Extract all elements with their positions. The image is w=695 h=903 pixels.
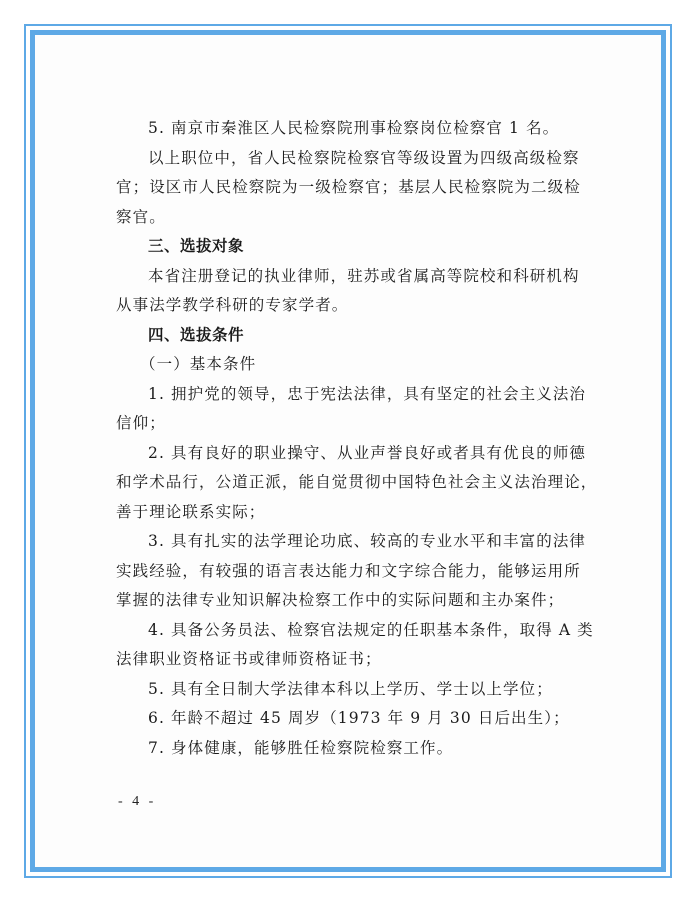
paragraph-selection-targets: 本省注册登记的执业律师，驻苏或省属高等院校和科研机构 bbox=[116, 262, 590, 292]
paragraph-rank-settings-cont-1: 官；设区市人民检察院为一级检察官；基层人民检察院为二级检 bbox=[116, 173, 590, 203]
list-item-position-5: 5. 南京市秦淮区人民检察院刑事检察岗位检察官 1 名。 bbox=[116, 114, 590, 144]
condition-item-1: 1. 拥护党的领导，忠于宪法法律，具有坚定的社会主义法治 bbox=[116, 380, 590, 410]
page-number: - 4 - bbox=[118, 794, 156, 810]
condition-item-3-cont-2: 掌握的法律专业知识解决检察工作中的实际问题和主办案件； bbox=[116, 586, 590, 616]
condition-item-3: 3. 具有扎实的法学理论功底、较高的专业水平和丰富的法律 bbox=[116, 527, 590, 557]
paragraph-selection-targets-cont: 从事法学教学科研的专家学者。 bbox=[116, 291, 590, 321]
section-heading-selection-conditions: 四、选拔条件 bbox=[116, 321, 590, 351]
condition-item-2: 2. 具有良好的职业操守、从业声誉良好或者具有优良的师德 bbox=[116, 439, 590, 469]
subsection-heading-basic-conditions: （一）基本条件 bbox=[116, 350, 590, 380]
condition-item-6: 6. 年龄不超过 45 周岁（1973 年 9 月 30 日后出生）； bbox=[116, 704, 590, 734]
paragraph-rank-settings: 以上职位中，省人民检察院检察官等级设置为四级高级检察 bbox=[116, 144, 590, 174]
condition-item-7: 7. 身体健康，能够胜任检察院检察工作。 bbox=[116, 734, 590, 764]
condition-item-2-cont-2: 善于理论联系实际； bbox=[116, 498, 590, 528]
condition-item-4-cont: 法律职业资格证书或律师资格证书； bbox=[116, 645, 590, 675]
condition-item-2-cont-1: 和学术品行，公道正派，能自觉贯彻中国特色社会主义法治理论， bbox=[116, 468, 590, 498]
condition-item-4: 4. 具备公务员法、检察官法规定的任职基本条件，取得 A 类 bbox=[116, 616, 590, 646]
condition-item-5: 5. 具有全日制大学法律本科以上学历、学士以上学位； bbox=[116, 675, 590, 705]
condition-item-3-cont-1: 实践经验，有较强的语言表达能力和文字综合能力，能够运用所 bbox=[116, 557, 590, 587]
section-heading-selection-targets: 三、选拔对象 bbox=[116, 232, 590, 262]
document-body: 5. 南京市秦淮区人民检察院刑事检察岗位检察官 1 名。 以上职位中，省人民检察… bbox=[116, 114, 590, 763]
condition-item-1-cont: 信仰； bbox=[116, 409, 590, 439]
paragraph-rank-settings-cont-2: 察官。 bbox=[116, 203, 590, 233]
